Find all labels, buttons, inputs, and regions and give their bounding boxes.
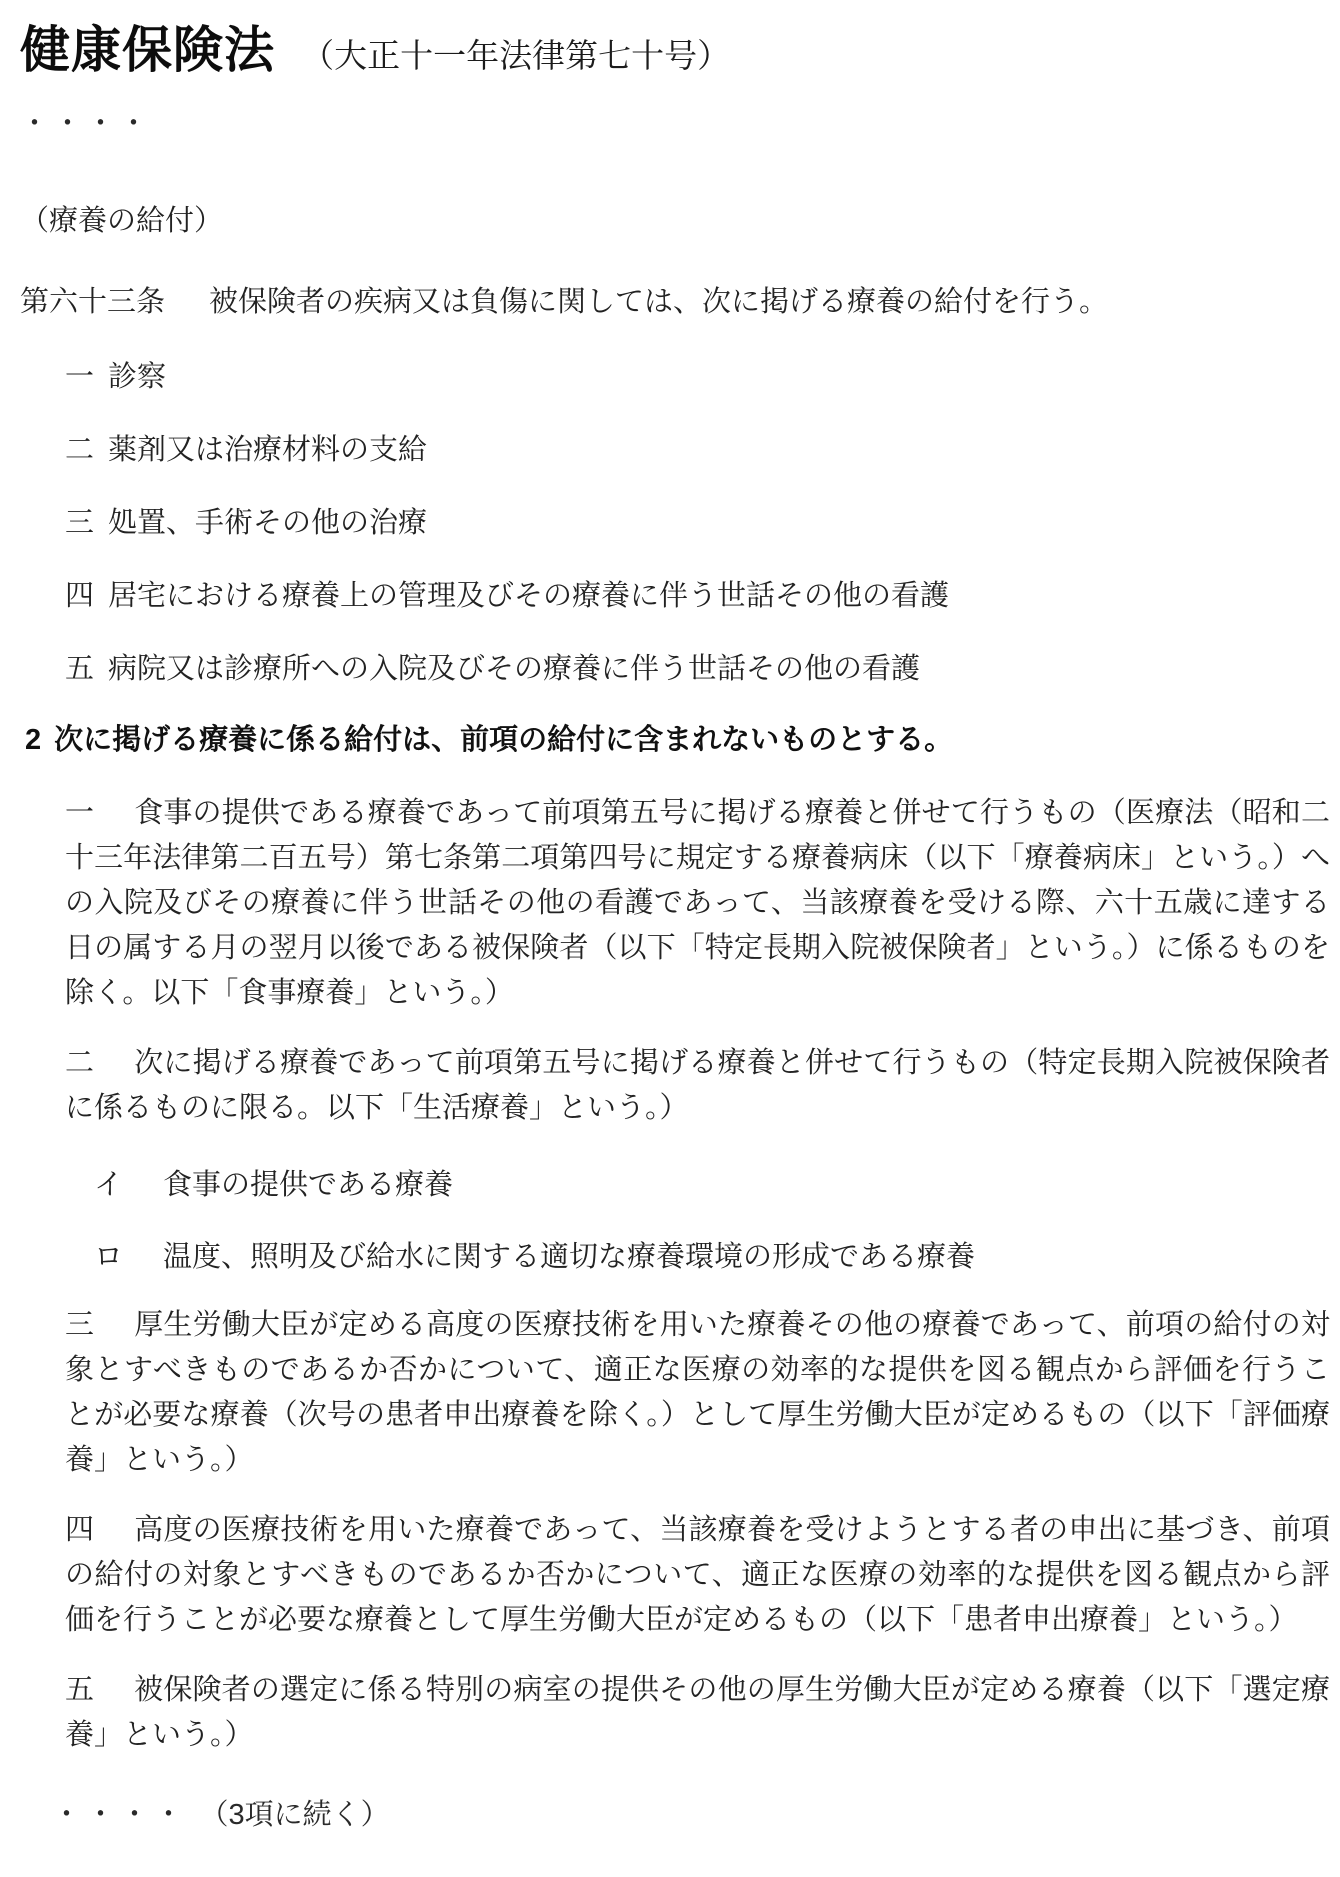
list-item-5: 五病院又は診療所への入院及びその療養に伴う世話その他の看護 xyxy=(65,647,1330,692)
item-marker: 五 xyxy=(65,1674,94,1706)
continuation-note: ・・・・（3項に続く） xyxy=(52,1793,1330,1838)
footer-note: （3項に続く） xyxy=(214,1799,390,1831)
list-item-4: 四居宅における療養上の管理及びその療養に伴う世話その他の看護 xyxy=(65,574,1330,619)
item-text: 次に掲げる療養であって前項第五号に掲げる療養と併せて行うもの（特定長期入院被保険… xyxy=(65,1047,1330,1124)
item-text: 居宅における療養上の管理及びその療養に伴う世話その他の看護 xyxy=(108,580,949,612)
item-marker: イ xyxy=(94,1169,123,1201)
list-item-1: 一診察 xyxy=(65,355,1330,400)
item-text: 高度の医療技術を用いた療養であって、当該療養を受けようとする者の申出に基づき、前… xyxy=(65,1514,1330,1636)
article-lead: 第六十三条被保険者の疾病又は負傷に関しては、次に掲げる療養の給付を行う。 xyxy=(20,280,1330,325)
ellipsis-top: ・・・・ xyxy=(20,102,1330,147)
document-title-row: 健康保険法 （大正十一年法律第七十号） xyxy=(20,18,1330,86)
item-marker: 三 xyxy=(65,507,94,539)
item-text: 温度、照明及び給水に関する適切な療養環境の形成である療養 xyxy=(163,1241,975,1273)
item-text: 薬剤又は治療材料の支給 xyxy=(108,434,427,466)
paragraph2-item-2: 二次に掲げる療養であって前項第五号に掲げる療養と併せて行うもの（特定長期入院被保… xyxy=(65,1041,1330,1131)
law-document-page: 健康保険法 （大正十一年法律第七十号） ・・・・ （療養の給付） 第六十三条被保… xyxy=(0,0,1340,1840)
paragraph-number: 2 xyxy=(25,724,41,756)
list-item-3: 三処置、手術その他の治療 xyxy=(65,501,1330,546)
item-marker: 五 xyxy=(65,653,94,685)
paragraph-heading-text: 次に掲げる療養に係る給付は、前項の給付に含まれないものとする。 xyxy=(54,724,953,756)
article-number: 第六十三条 xyxy=(20,286,165,318)
list-item-2: 二薬剤又は治療材料の支給 xyxy=(65,428,1330,473)
paragraph2-item-3: 三厚生労働大臣が定める高度の医療技術を用いた療養その他の療養であって、前項の給付… xyxy=(65,1303,1330,1483)
item-text: 食事の提供である療養 xyxy=(163,1169,453,1201)
paragraph2-item-4: 四高度の医療技術を用いた療養であって、当該療養を受けようとする者の申出に基づき、… xyxy=(65,1508,1330,1643)
section-heading: （療養の給付） xyxy=(20,199,1330,244)
item-marker: 四 xyxy=(65,1514,94,1546)
item-text: 病院又は診療所への入院及びその療養に伴う世話その他の看護 xyxy=(108,653,920,685)
item-marker: 四 xyxy=(65,580,94,612)
item-marker: 二 xyxy=(65,1047,94,1079)
footer-ellipsis: ・・・・ xyxy=(52,1799,188,1831)
item-text: 厚生労働大臣が定める高度の医療技術を用いた療養その他の療養であって、前項の給付の… xyxy=(65,1309,1330,1476)
item-marker: 二 xyxy=(65,434,94,466)
item-text: 食事の提供である療養であって前項第五号に掲げる療養と併せて行うもの（医療法（昭和… xyxy=(65,797,1330,1009)
article-text: 被保険者の疾病又は負傷に関しては、次に掲げる療養の給付を行う。 xyxy=(209,286,1108,318)
paragraph2-item-5: 五被保険者の選定に係る特別の病室の提供その他の厚生労働大臣が定める療養（以下「選… xyxy=(65,1668,1330,1758)
title-law-number: （大正十一年法律第七十号） xyxy=(301,37,730,74)
paragraph-2-heading: 2次に掲げる療養に係る給付は、前項の給付に含まれないものとする。 xyxy=(25,718,1330,763)
item-marker: 三 xyxy=(65,1309,94,1341)
page-title: 健康保険法 xyxy=(20,22,275,78)
item-marker: 一 xyxy=(65,797,94,829)
paragraph2-item-1: 一食事の提供である療養であって前項第五号に掲げる療養と併せて行うもの（医療法（昭… xyxy=(65,791,1330,1016)
item-text: 診察 xyxy=(108,361,166,393)
paragraph2-subitem-ro: ロ温度、照明及び給水に関する適切な療養環境の形成である療養 xyxy=(94,1235,1330,1280)
paragraph2-subitem-i: イ食事の提供である療養 xyxy=(94,1163,1330,1208)
item-marker: ロ xyxy=(94,1241,123,1273)
item-text: 被保険者の選定に係る特別の病室の提供その他の厚生労働大臣が定める療養（以下「選定… xyxy=(65,1674,1330,1751)
item-marker: 一 xyxy=(65,361,94,393)
item-text: 処置、手術その他の治療 xyxy=(108,507,427,539)
